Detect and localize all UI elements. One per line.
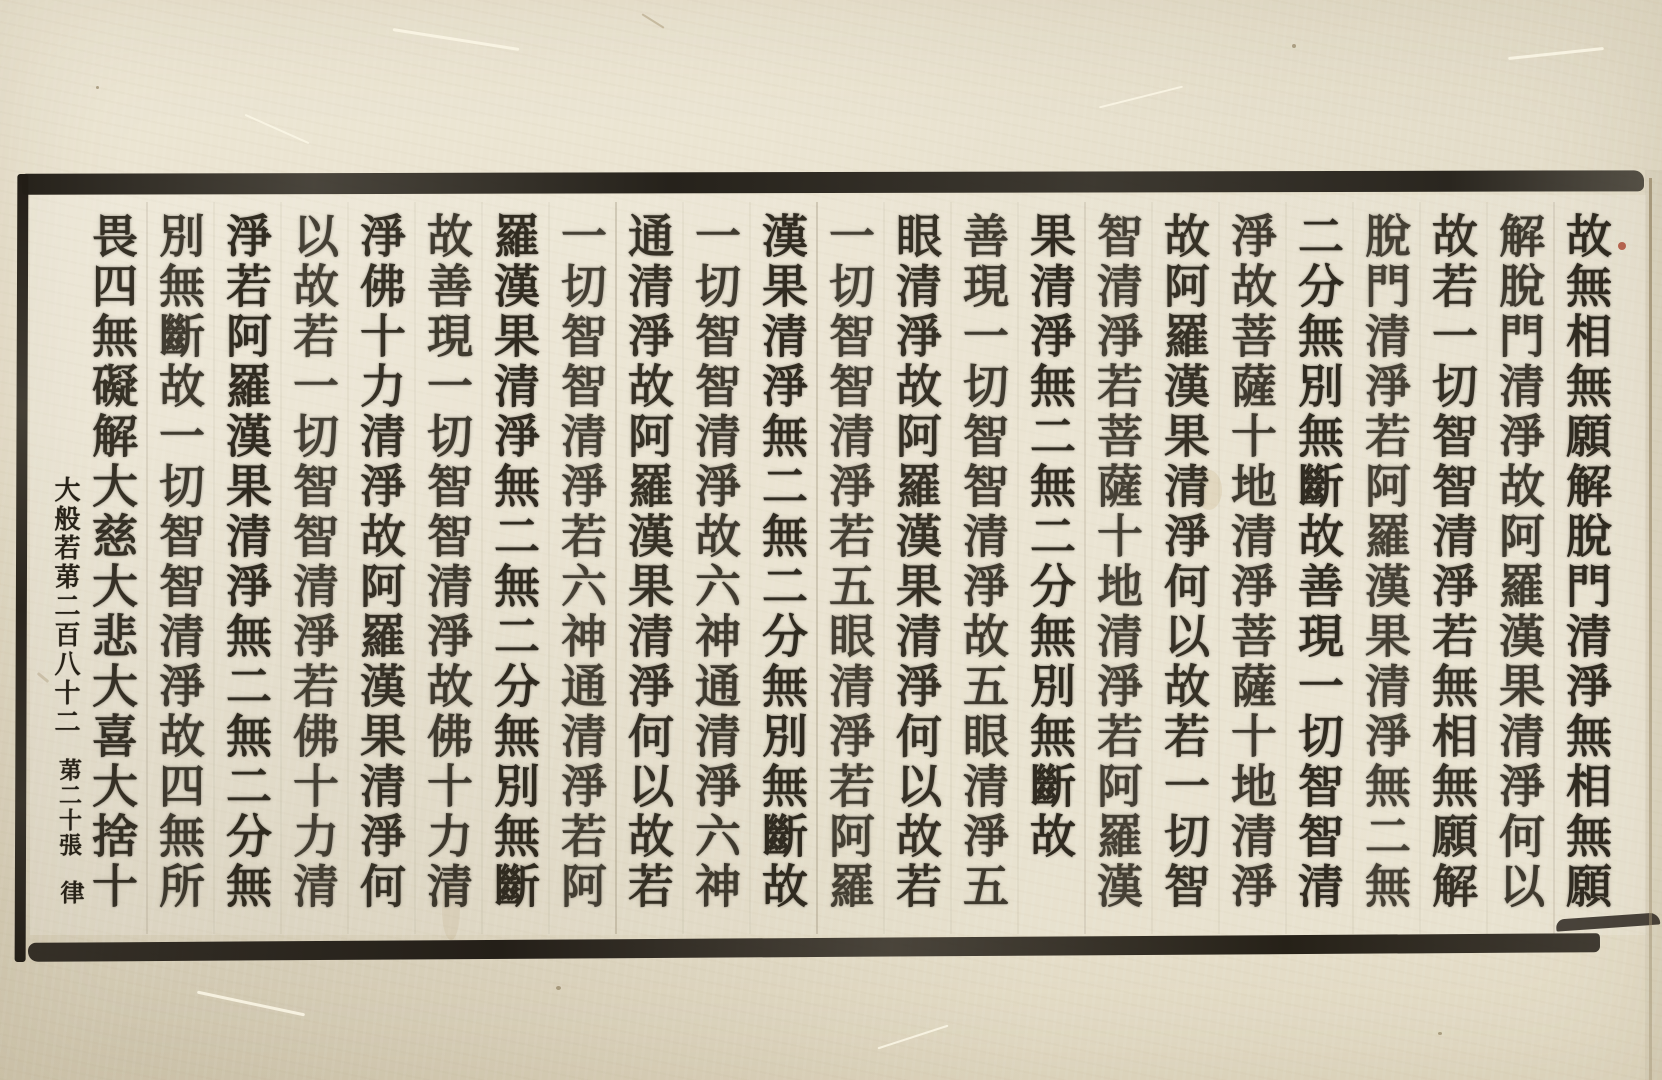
paper-speck xyxy=(96,86,99,89)
frame-left-border xyxy=(15,174,29,962)
column-rule-line xyxy=(1285,202,1287,934)
text-column: 智清淨若菩薩十地清淨若阿羅漢 xyxy=(1089,212,1145,944)
paper-fiber xyxy=(245,114,310,144)
text-column: 淨若阿羅漢果清淨無二無二分無 xyxy=(218,212,274,944)
frame-top-border xyxy=(22,170,1644,194)
paper-speck xyxy=(556,986,561,990)
text-column: 通清淨故阿羅漢果清淨何以故若 xyxy=(620,212,676,944)
text-column: 果清淨無二無二分無別無斷故 xyxy=(1022,212,1078,944)
colophon-scroll-number: 大般若苐二百八十二 xyxy=(48,476,82,737)
text-column: 羅漢果清淨無二無二分無別無斷 xyxy=(486,212,542,944)
text-column: 一切智智清淨若六神通清淨若阿 xyxy=(553,212,609,944)
text-column: 二分無別無斷故善現一切智智清 xyxy=(1290,212,1346,944)
paper-fiber xyxy=(878,1025,949,1050)
red-punctuation-dot xyxy=(1618,242,1626,250)
text-column: 別無斷故一切智智清淨故四無所 xyxy=(151,212,207,944)
column-rule-line xyxy=(950,202,952,934)
column-rule-line xyxy=(146,202,148,934)
column-rule-line xyxy=(481,202,483,934)
text-column: 善現一切智智清淨故五眼清淨五 xyxy=(955,212,1011,944)
column-rule-line xyxy=(1084,202,1086,934)
sheet-edge-line xyxy=(1649,178,1652,1080)
column-rule-line xyxy=(883,202,885,934)
column-rule-line xyxy=(1486,202,1488,934)
text-column: 故善現一切智智清淨故佛十力清 xyxy=(419,212,475,944)
paper-fiber xyxy=(1508,47,1604,60)
column-rule-line xyxy=(1151,202,1153,934)
colophon-case-character: 律 xyxy=(52,880,86,904)
column-rule-line xyxy=(816,202,818,934)
column-rule-line xyxy=(347,202,349,934)
text-column: 漢果清淨無二無二分無別無斷故 xyxy=(754,212,810,944)
column-rule-line xyxy=(682,202,684,934)
column-rule-line xyxy=(1419,202,1421,934)
paper-fiber xyxy=(1099,86,1183,109)
text-column: 故若一切智智清淨若無相無願解 xyxy=(1424,212,1480,944)
paper-fiber xyxy=(197,991,305,1017)
column-rule-line xyxy=(280,202,282,934)
text-column: 故阿羅漢果清淨何以故若一切智 xyxy=(1156,212,1212,944)
text-column: 淨佛十力清淨故阿羅漢果清淨何 xyxy=(352,212,408,944)
paper-fiber xyxy=(641,13,664,28)
column-rule-line xyxy=(548,202,550,934)
sheet-edge-shading xyxy=(1645,170,1662,1080)
column-rule-line xyxy=(1553,202,1555,934)
colophon-sheet-number: 苐二十張 xyxy=(50,758,84,858)
text-column: 一切智智清淨若五眼清淨若阿羅 xyxy=(821,212,877,944)
text-column: 故無相無願解脫門清淨無相無願 xyxy=(1558,212,1614,944)
column-rule-line xyxy=(414,202,416,934)
paper-fiber xyxy=(393,28,520,51)
paper-speck xyxy=(1292,44,1296,48)
column-rule-line xyxy=(213,202,215,934)
column-rule-line xyxy=(749,202,751,934)
column-rule-line xyxy=(1352,202,1354,934)
text-column: 以故若一切智智清淨若佛十力清 xyxy=(285,212,341,944)
text-column: 一切智智清淨故六神通清淨六神 xyxy=(687,212,743,944)
text-column: 畏四無礙解大慈大悲大喜大捨十 xyxy=(84,212,140,944)
text-column: 眼清淨故阿羅漢果清淨何以故若 xyxy=(888,212,944,944)
column-rule-line xyxy=(615,202,617,934)
text-column: 脫門清淨若阿羅漢果清淨無二無 xyxy=(1357,212,1413,944)
column-rule-line xyxy=(1218,202,1220,934)
sutra-scan: { "document": { "kind": "woodblock-print… xyxy=(0,0,1662,1080)
text-column: 解脫門清淨故阿羅漢果清淨何以 xyxy=(1491,212,1547,944)
paper-speck xyxy=(1438,1032,1442,1035)
column-rule-line xyxy=(1017,202,1019,934)
text-column: 淨故菩薩十地清淨菩薩十地清淨 xyxy=(1223,212,1279,944)
